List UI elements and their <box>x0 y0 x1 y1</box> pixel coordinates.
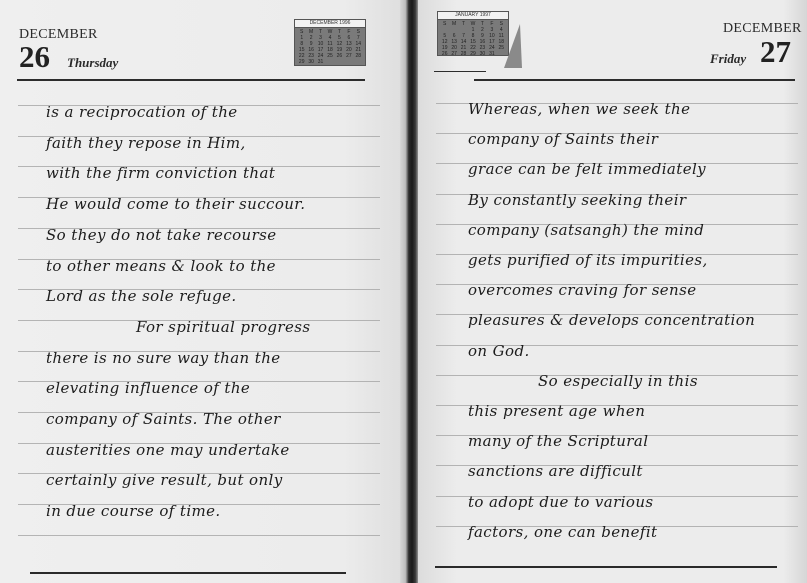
diary-spread: DECEMBER 26 Thursday DECEMBER 1996 SMTWT… <box>0 0 807 583</box>
right-page: JANUARY 1997 SMTWTFS12345678910111213141… <box>418 0 807 583</box>
calendar-day: 27 <box>449 51 458 57</box>
right-day-number: 27 <box>760 36 791 67</box>
mini-calendar-grid: SMTWTFS123456789101112131415161718192021… <box>438 20 508 58</box>
calendar-day: 28 <box>459 51 468 57</box>
left-page: DECEMBER 26 Thursday DECEMBER 1996 SMTWT… <box>0 0 404 583</box>
handwritten-line: grace can be felt immediately <box>468 160 706 178</box>
handwritten-line: So especially in this <box>538 372 698 390</box>
header-divider <box>474 79 795 81</box>
left-weekday-label: Thursday <box>67 55 118 71</box>
handwritten-line: Whereas, when we seek the <box>468 100 690 118</box>
handwritten-line: Lord as the sole refuge. <box>46 287 237 305</box>
handwritten-line: austerities one may undertake <box>46 441 290 459</box>
calendar-day: 31 <box>316 59 325 65</box>
handwritten-line: He would come to their succour. <box>46 195 305 213</box>
mini-calendar-december-1996: DECEMBER 1996 SMTWTFS1234567891011121314… <box>294 19 366 66</box>
handwritten-line: this present age when <box>468 402 645 420</box>
calendar-day <box>325 59 334 65</box>
mini-calendar-title: DECEMBER 1996 <box>295 20 365 28</box>
calendar-tab-shard <box>504 24 522 68</box>
left-day-number: 26 <box>19 41 50 72</box>
handwritten-line: company of Saints. The other <box>46 410 281 428</box>
calendar-day: 26 <box>440 51 449 57</box>
calendar-day: 29 <box>468 51 477 57</box>
handwritten-line: to other means & look to the <box>46 257 276 275</box>
ruled-line <box>18 535 380 536</box>
handwritten-line: there is no sure way than the <box>46 349 281 367</box>
handwritten-line: So they do not take recourse <box>46 226 277 244</box>
mini-calendar-january-1997: JANUARY 1997 SMTWTFS12345678910111213141… <box>437 11 509 56</box>
mini-calendar-title: JANUARY 1997 <box>438 12 508 20</box>
handwritten-line: company of Saints their <box>468 130 658 148</box>
handwritten-line: on God. <box>468 342 530 360</box>
handwritten-line: factors, one can benefit <box>468 523 657 541</box>
handwritten-line: many of the Scriptural <box>468 432 648 450</box>
handwritten-line: with the firm conviction that <box>46 164 275 182</box>
footer-divider <box>30 572 346 574</box>
header-divider <box>17 79 365 81</box>
handwritten-line: certainly give result, but only <box>46 471 283 489</box>
handwritten-line: sanctions are difficult <box>468 462 643 480</box>
handwritten-line: By constantly seeking their <box>468 191 686 209</box>
calendar-day: 31 <box>487 51 496 57</box>
handwritten-line: is a reciprocation of the <box>46 103 238 121</box>
calendar-day <box>335 59 344 65</box>
short-header-rule <box>434 71 486 72</box>
footer-divider <box>435 566 777 568</box>
handwritten-line: faith they repose in Him, <box>46 134 246 152</box>
calendar-day: 29 <box>297 59 306 65</box>
handwritten-line: For spiritual progress <box>136 318 310 336</box>
calendar-day <box>344 59 353 65</box>
calendar-day <box>354 59 363 65</box>
handwritten-line: to adopt due to various <box>468 493 654 511</box>
calendar-day: 30 <box>478 51 487 57</box>
handwritten-line: elevating influence of the <box>46 379 250 397</box>
handwritten-line: pleasures & develops concentration <box>468 311 755 329</box>
handwritten-line: overcomes craving for sense <box>468 281 697 299</box>
calendar-day: 30 <box>306 59 315 65</box>
handwritten-line: company (satsangh) the mind <box>468 221 704 239</box>
handwritten-line: gets purified of its impurities, <box>468 251 708 269</box>
handwritten-line: in due course of time. <box>46 502 221 520</box>
right-weekday-label: Friday <box>710 51 746 67</box>
mini-calendar-grid: SMTWTFS123456789101112131415161718192021… <box>295 28 365 66</box>
